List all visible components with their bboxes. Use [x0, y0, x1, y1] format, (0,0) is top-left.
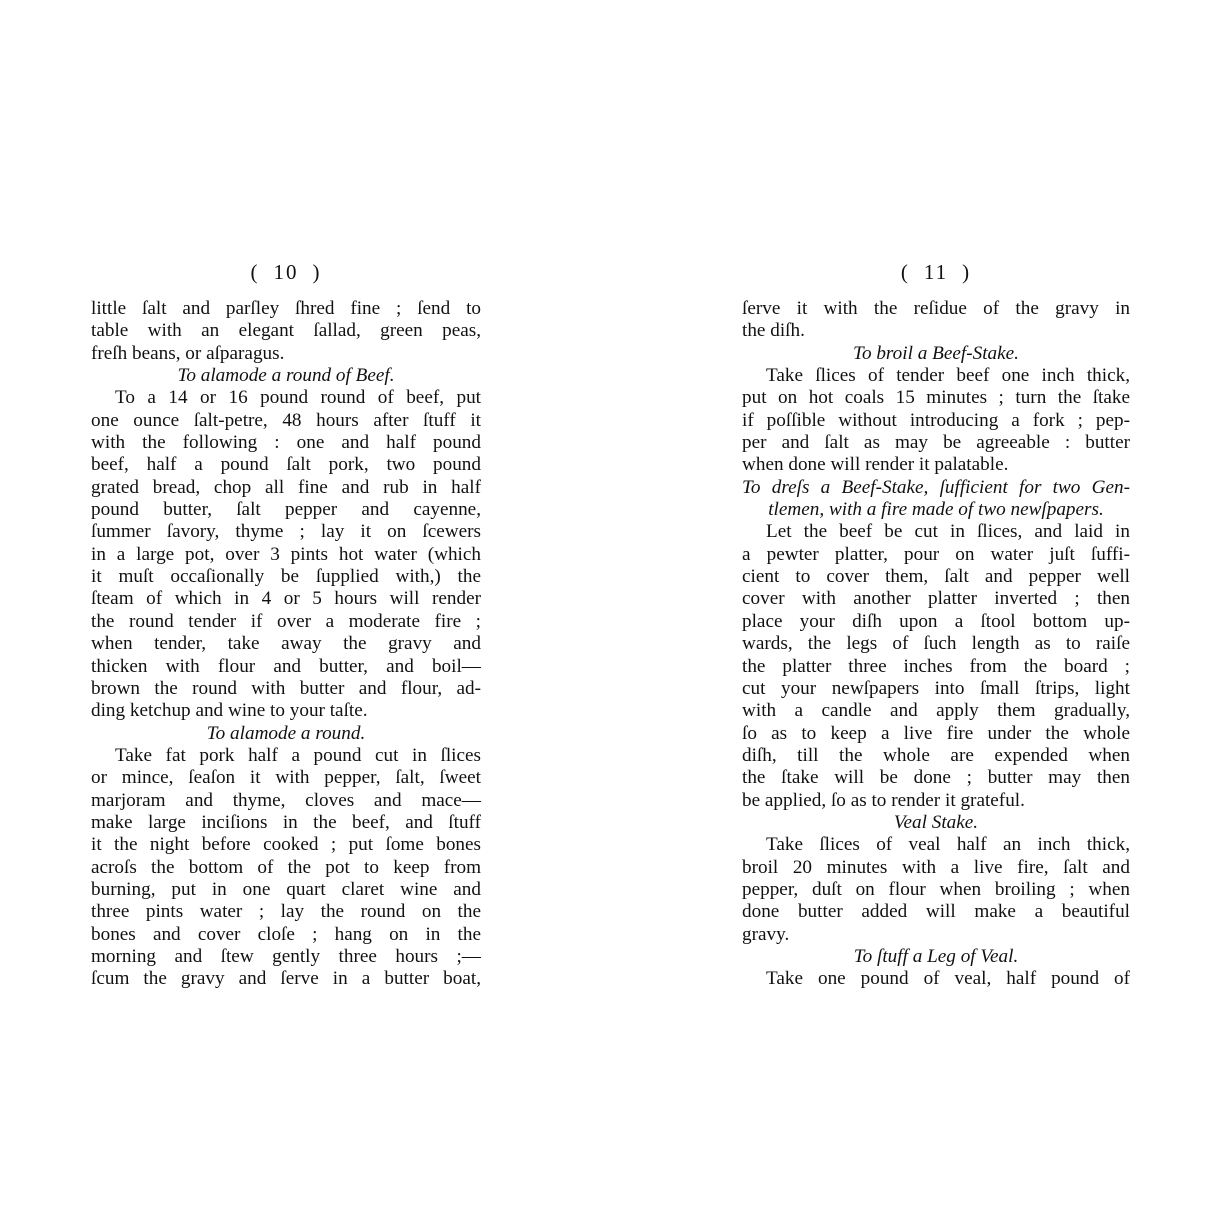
text-line: make large inciſions in the beef, and ſt…: [91, 812, 481, 834]
text-line: pepper, duſt on flour when broiling ; wh…: [742, 879, 1130, 901]
text-line: beef, half a pound ſalt pork, two pound: [91, 454, 481, 476]
recipe-heading: tlemen, with a fire made of two newſpape…: [742, 499, 1130, 521]
paragraph-first-line: Take ſlices of veal half an inch thick,: [742, 834, 1130, 856]
right-page: (11) ſerve it with the reſidue of the gr…: [742, 258, 1130, 991]
text-line: burning, put in one quart claret wine an…: [91, 879, 481, 901]
page-number-value: 10: [274, 258, 299, 286]
recipe-heading: To alamode a round.: [91, 723, 481, 745]
recipe-heading: To ſtuff a Leg of Veal.: [742, 946, 1130, 968]
text-line: or mince, ſeaſon it with pepper, ſalt, ſ…: [91, 767, 481, 789]
recipe-heading: Veal Stake.: [742, 812, 1130, 834]
text-line: when tender, take away the gravy and: [91, 633, 481, 655]
paragraph-last-line: gravy.: [742, 924, 1130, 946]
text-line: little ſalt and parſley ſhred fine ; ſen…: [91, 298, 481, 320]
paragraph-first-line: Take fat pork half a pound cut in ſlices: [91, 745, 481, 767]
paragraph-first-line: To a 14 or 16 pound round of beef, put: [91, 387, 481, 409]
text-line: put on hot coals 15 minutes ; turn the ſ…: [742, 387, 1130, 409]
paragraph-last-line: freſh beans, or aſparagus.: [91, 343, 481, 365]
text-line: marjoram and thyme, cloves and mace—: [91, 790, 481, 812]
page-number: (11): [742, 258, 1130, 298]
text-line: cover with another platter inverted ; th…: [742, 588, 1130, 610]
text-line: the platter three inches from the board …: [742, 656, 1130, 678]
page-text: little ſalt and parſley ſhred fine ; ſen…: [91, 298, 481, 991]
text-line: brown the round with butter and flour, a…: [91, 678, 481, 700]
page-text: ſerve it with the reſidue of the gravy i…: [742, 298, 1130, 991]
text-line: morning and ſtew gently three hours ;—: [91, 946, 481, 968]
text-line: ſo as to keep a live fire under the whol…: [742, 723, 1130, 745]
text-line: with the following : one and half pound: [91, 432, 481, 454]
page-number: (10): [91, 258, 481, 298]
paragraph-first-line: Take ſlices of tender beef one inch thic…: [742, 365, 1130, 387]
text-line: the ſtake will be done ; butter may then: [742, 767, 1130, 789]
text-line: it muſt occaſionally be ſupplied with,) …: [91, 566, 481, 588]
text-line: cient to cover them, ſalt and pepper wel…: [742, 566, 1130, 588]
recipe-heading: To dreſs a Beef-Stake, ſufficient for tw…: [742, 477, 1130, 499]
text-line: wards, the legs of ſuch length as to rai…: [742, 633, 1130, 655]
paragraph-last-line: the diſh.: [742, 320, 1130, 342]
left-page: (10) little ſalt and parſley ſhred fine …: [91, 258, 481, 991]
text-line: done butter added will make a beautiful: [742, 901, 1130, 923]
text-line: table with an elegant ſallad, green peas…: [91, 320, 481, 342]
text-line: bones and cover cloſe ; hang on in the: [91, 924, 481, 946]
paragraph-last-line: ding ketchup and wine to your taſte.: [91, 700, 481, 722]
text-line: in a large pot, over 3 pints hot water (…: [91, 544, 481, 566]
text-line: acroſs the bottom of the pot to keep fro…: [91, 857, 481, 879]
text-line: per and ſalt as may be agreeable : butte…: [742, 432, 1130, 454]
recipe-heading: To broil a Beef-Stake.: [742, 343, 1130, 365]
text-line: ſteam of which in 4 or 5 hours will rend…: [91, 588, 481, 610]
text-line: the round tender if over a moderate fire…: [91, 611, 481, 633]
text-line: three pints water ; lay the round on the: [91, 901, 481, 923]
text-line: a pewter platter, pour on water juſt ſuf…: [742, 544, 1130, 566]
text-line: pound butter, ſalt pepper and cayenne,: [91, 499, 481, 521]
text-line: with a candle and apply them gradually,: [742, 700, 1130, 722]
text-line: ſummer ſavory, thyme ; lay it on ſcewers: [91, 521, 481, 543]
text-line: grated bread, chop all fine and rub in h…: [91, 477, 481, 499]
page-number-value: 11: [924, 258, 948, 286]
text-line: one ounce ſalt-petre, 48 hours after ſtu…: [91, 410, 481, 432]
text-line: ſerve it with the reſidue of the gravy i…: [742, 298, 1130, 320]
text-line: broil 20 minutes with a live fire, ſalt …: [742, 857, 1130, 879]
text-line: diſh, till the whole are expended when: [742, 745, 1130, 767]
recipe-heading: To alamode a round of Beef.: [91, 365, 481, 387]
text-line: it the night before cooked ; put ſome bo…: [91, 834, 481, 856]
text-line: cut your newſpapers into ſmall ſtrips, l…: [742, 678, 1130, 700]
text-line: place your diſh upon a ſtool bottom up-: [742, 611, 1130, 633]
text-line: ſcum the gravy and ſerve in a butter boa…: [91, 968, 481, 990]
text-line: if poſſible without introducing a fork ;…: [742, 410, 1130, 432]
paragraph-last-line: when done will render it palatable.: [742, 454, 1130, 476]
text-line: thicken with flour and butter, and boil—: [91, 656, 481, 678]
paragraph-last-line: be applied, ſo as to render it grateful.: [742, 790, 1130, 812]
paragraph-first-line: Take one pound of veal, half pound of: [742, 968, 1130, 990]
paragraph-first-line: Let the beef be cut in ſlices, and laid …: [742, 521, 1130, 543]
